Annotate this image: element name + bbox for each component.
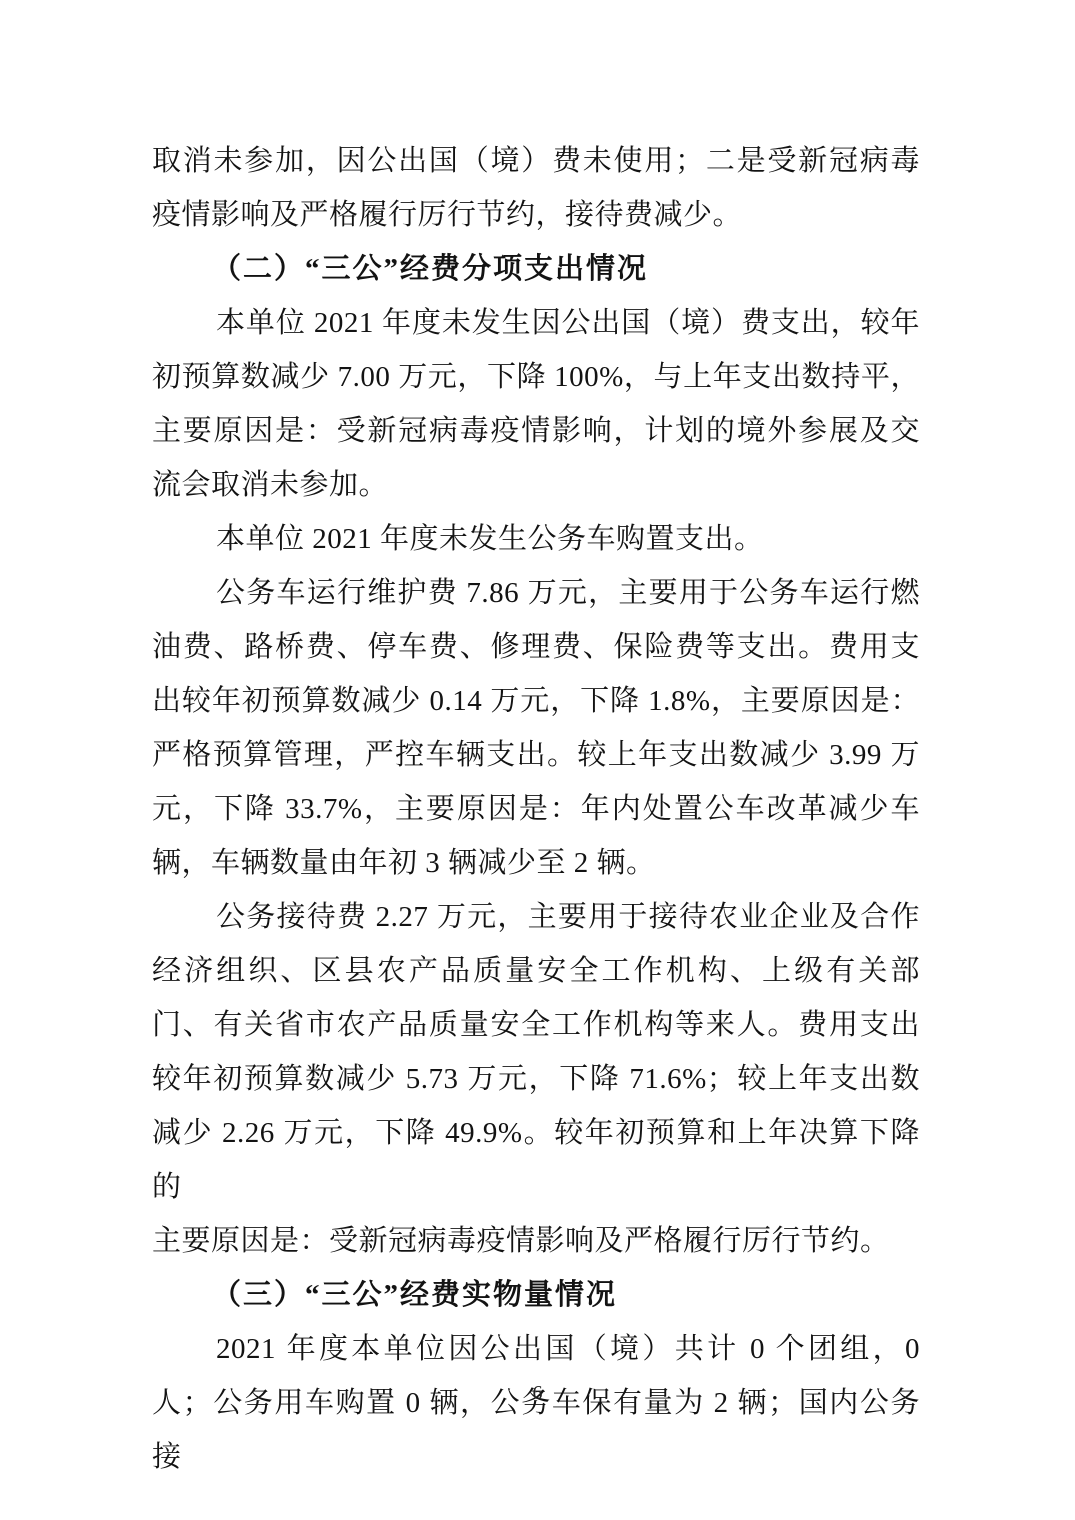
text-line: 主要原因是：受新冠病毒疫情影响及严格履行厉行节约。 <box>152 1214 920 1268</box>
paragraph: 公务接待费 2.27 万元，主要用于接待农业企业及合作 经济组织、区县农产品质量… <box>152 890 920 1268</box>
text-line: 较年初预算数减少 5.73 万元，下降 71.6%；较上年支出数 <box>152 1052 920 1106</box>
text-line: 本单位 2021 年度未发生公务车购置支出。 <box>152 512 920 566</box>
text-line: 严格预算管理，严控车辆支出。较上年支出数减少 3.99 万 <box>152 728 920 782</box>
paragraph: 本单位 2021 年度未发生公务车购置支出。 <box>152 512 920 566</box>
text-line: 取消未参加，因公出国（境）费未使用；二是受新冠病毒 <box>152 134 920 188</box>
text-line: 本单位 2021 年度未发生因公出国（境）费支出，较年 <box>152 296 920 350</box>
text-line: 疫情影响及严格履行厉行节约，接待费减少。 <box>152 188 920 242</box>
text-line: 公务车运行维护费 7.86 万元，主要用于公务车运行燃 <box>152 566 920 620</box>
text-line: 减少 2.26 万元，下降 49.9%。较年初预算和上年决算下降的 <box>152 1106 920 1214</box>
paragraph-continuation: 取消未参加，因公出国（境）费未使用；二是受新冠病毒 疫情影响及严格履行厉行节约，… <box>152 134 920 242</box>
section-heading-3: （三）“三公”经费实物量情况 <box>152 1268 920 1322</box>
page-number: 6 <box>0 1378 1075 1408</box>
section-heading-2: （二）“三公”经费分项支出情况 <box>152 242 920 296</box>
paragraph: 公务车运行维护费 7.86 万元，主要用于公务车运行燃 油费、路桥费、停车费、修… <box>152 566 920 890</box>
paragraph: 本单位 2021 年度未发生因公出国（境）费支出，较年 初预算数减少 7.00 … <box>152 296 920 512</box>
text-line: 辆，车辆数量由年初 3 辆减少至 2 辆。 <box>152 836 920 890</box>
text-line: 油费、路桥费、停车费、修理费、保险费等支出。费用支 <box>152 620 920 674</box>
text-line: 门、有关省市农产品质量安全工作机构等来人。费用支出 <box>152 998 920 1052</box>
text-line: 初预算数减少 7.00 万元，下降 100%，与上年支出数持平， <box>152 350 920 404</box>
text-line: 主要原因是：受新冠病毒疫情影响，计划的境外参展及交 <box>152 404 920 458</box>
document-body: 取消未参加，因公出国（境）费未使用；二是受新冠病毒 疫情影响及严格履行厉行节约，… <box>152 134 920 1484</box>
document-page: 取消未参加，因公出国（境）费未使用；二是受新冠病毒 疫情影响及严格履行厉行节约，… <box>0 0 1075 1520</box>
text-line: 流会取消未参加。 <box>152 458 920 512</box>
text-line: 经济组织、区县农产品质量安全工作机构、上级有关部 <box>152 944 920 998</box>
text-line: 公务接待费 2.27 万元，主要用于接待农业企业及合作 <box>152 890 920 944</box>
text-line: 元，下降 33.7%，主要原因是：年内处置公车改革减少车 <box>152 782 920 836</box>
text-line: 2021 年度本单位因公出国（境）共计 0 个团组，0 <box>152 1322 920 1376</box>
text-line: 出较年初预算数减少 0.14 万元，下降 1.8%，主要原因是： <box>152 674 920 728</box>
